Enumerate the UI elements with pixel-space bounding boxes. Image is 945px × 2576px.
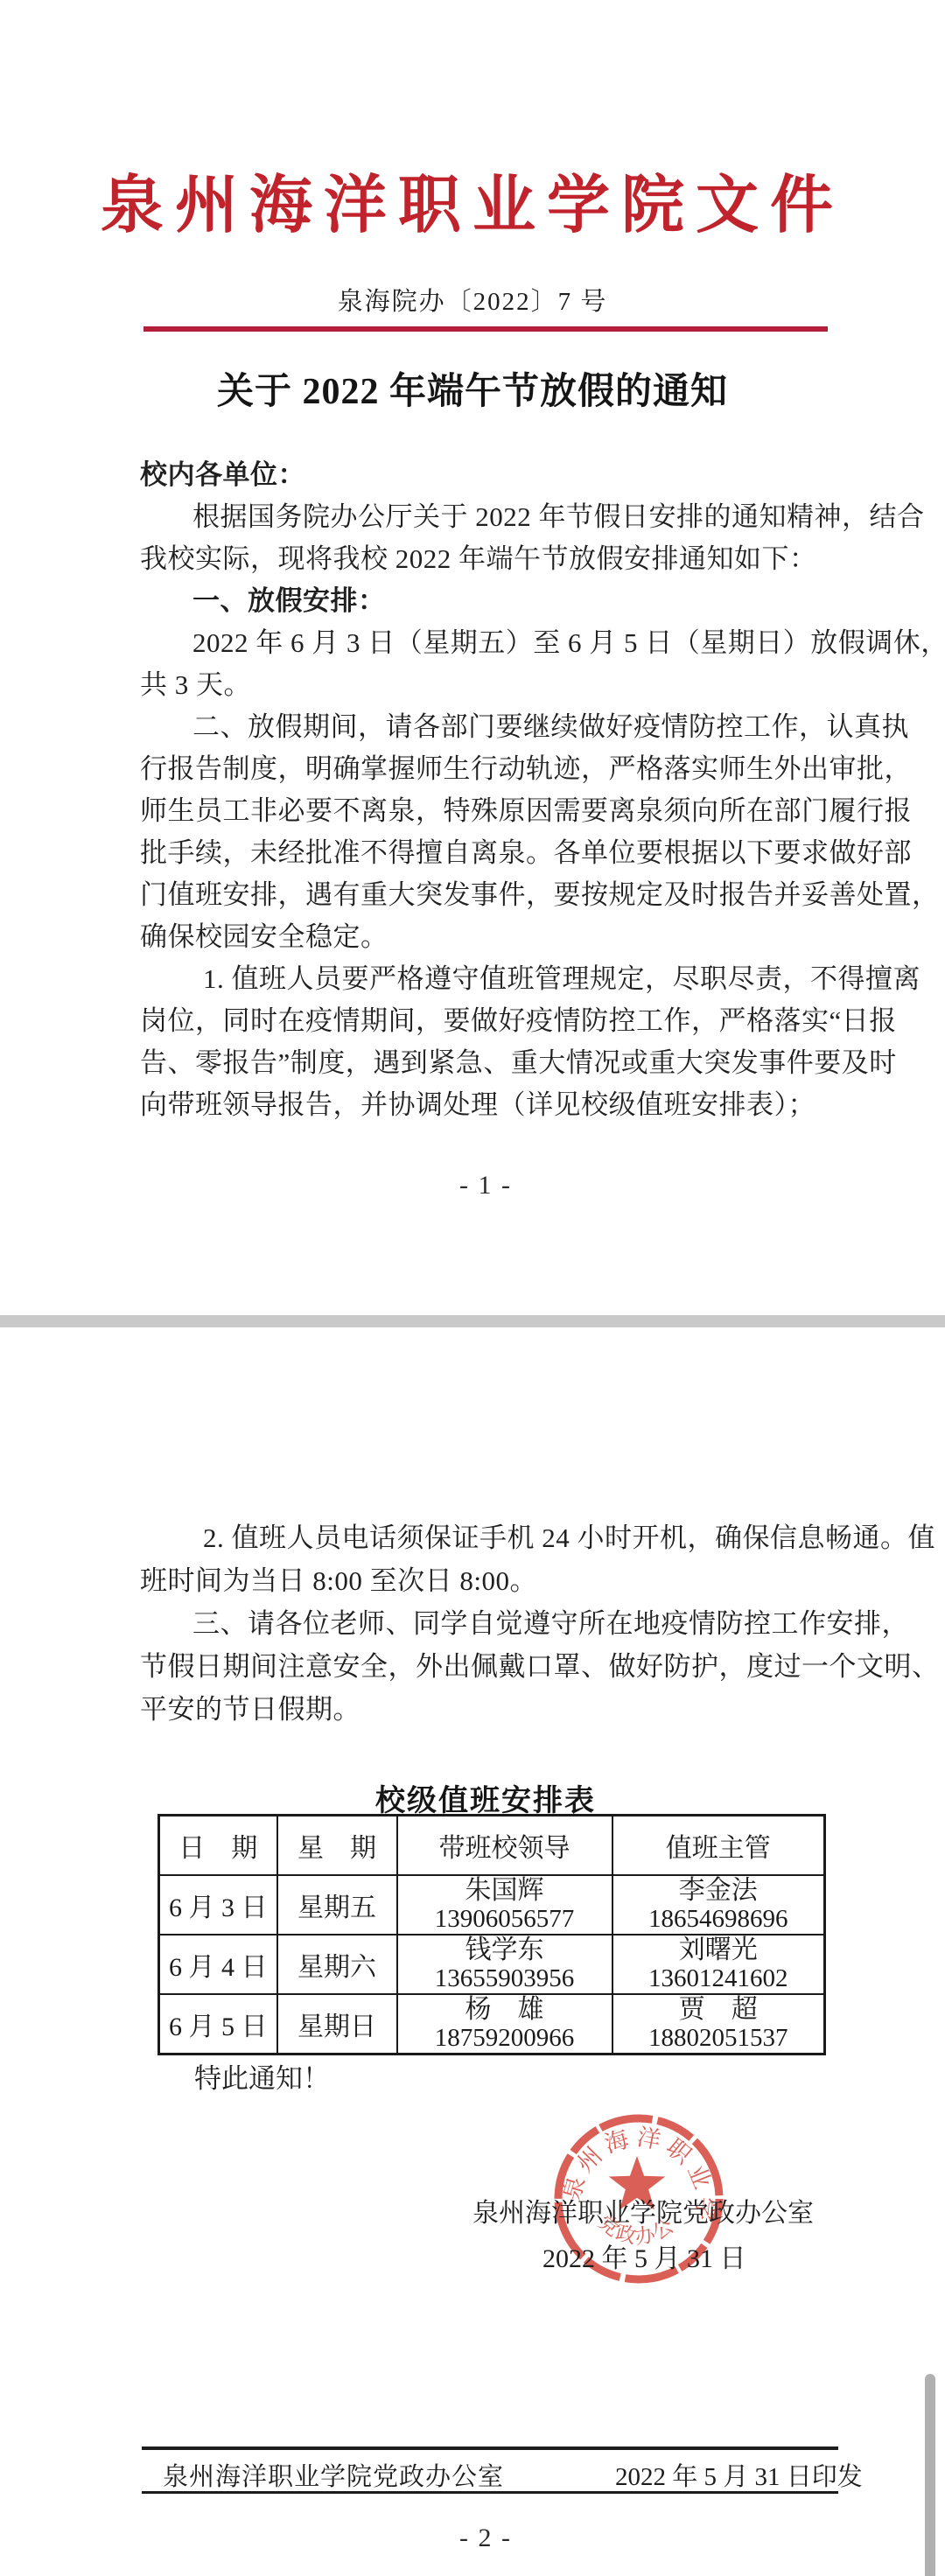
salutation: 校内各单位： [140, 454, 836, 496]
table-row: 6 月 3 日 星期五 朱国辉13906056577 李金法1865469869… [159, 1875, 825, 1935]
body-line: 班时间为当日 8:00 至次日 8:00。 [140, 1559, 836, 1602]
manager-phone: 18802051537 [613, 2024, 824, 2053]
body-line: 岗位，同时在疫情期间，要做好疫情防控工作，严格落实“日报 [140, 1000, 836, 1042]
leader-phone: 18759200966 [398, 2024, 612, 2053]
duty-schedule-table: 日 期 星 期 带班校领导 值班主管 6 月 3 日 星期五 朱国辉139060… [157, 1814, 826, 2055]
footer-issuing-office: 泉州海洋职业学院党政办公室 [163, 2457, 504, 2493]
cell-leader: 朱国辉13906056577 [397, 1875, 612, 1935]
page2-body: 2. 值班人员电话须保证手机 24 小时开机，确保信息畅通。值 班时间为当日 8… [140, 1516, 836, 1731]
manager-phone: 18654698696 [613, 1905, 824, 1934]
signature-date: 2022 年 5 月 31 日 [542, 2236, 739, 2275]
cell-manager: 贾 超18802051537 [612, 1994, 825, 2054]
cell-weekday: 星期日 [277, 1994, 397, 2054]
body-line: 节假日期间注意安全，外出佩戴口罩、做好防护，度过一个文明、 [140, 1645, 836, 1688]
page1-number: - 1 - [0, 1171, 945, 1200]
body-line: 平安的节日假期。 [140, 1688, 836, 1731]
scrollbar-thumb[interactable] [925, 2374, 935, 2576]
cell-date: 6 月 3 日 [159, 1875, 277, 1935]
body-line: 行报告制度，明确掌握师生行动轨迹，严格落实师生外出审批， [140, 748, 836, 790]
leader-name: 杨 雄 [398, 1995, 612, 2024]
manager-name: 刘曙光 [613, 1935, 824, 1964]
page1-body: 校内各单位： 根据国务院办公厅关于 2022 年节假日安排的通知精神，结合 我校… [140, 454, 836, 1126]
col-header-weekday: 星 期 [277, 1816, 397, 1875]
leader-phone: 13906056577 [398, 1905, 612, 1934]
signature-organization: 泉州海洋职业学院党政办公室 [472, 2191, 796, 2229]
col-header-leader: 带班校领导 [397, 1816, 612, 1875]
notice-title: 关于 2022 年端午节放假的通知 [0, 362, 945, 415]
page2-number: - 2 - [0, 2523, 945, 2553]
table-row: 6 月 4 日 星期六 钱学东13655903956 刘曙光1360124160… [159, 1935, 825, 1994]
body-line: 二、放假期间，请各部门要继续做好疫情防控工作，认真执 [140, 706, 836, 748]
cell-weekday: 星期六 [277, 1935, 397, 1994]
leader-name: 钱学东 [398, 1935, 612, 1964]
cell-manager: 刘曙光13601241602 [612, 1935, 825, 1994]
body-line: 我校实际，现将我校 2022 年端午节放假安排通知如下： [140, 538, 836, 580]
table-header-row: 日 期 星 期 带班校领导 值班主管 [159, 1816, 825, 1875]
manager-name: 贾 超 [613, 1995, 824, 2024]
manager-phone: 13601241602 [613, 1964, 824, 1993]
body-line: 共 3 天。 [140, 664, 836, 706]
body-line: 告、零报告”制度，遇到紧急、重大情况或重大突发事件要及时 [140, 1042, 836, 1084]
red-divider-rule [143, 326, 828, 332]
body-line: 确保校园安全稳定。 [140, 916, 836, 958]
body-line: 批手续，未经批准不得擅自离泉。各单位要根据以下要求做好部 [140, 832, 836, 874]
page-separator [0, 1315, 945, 1327]
footer-rule-top [142, 2446, 838, 2450]
body-line: 1. 值班人员要严格遵守值班管理规定，尽职尽责，不得擅离 [140, 958, 836, 1000]
section-heading: 一、放假安排： [140, 580, 836, 622]
body-line: 师生员工非必要不离泉，特殊原因需要离泉须向所在部门履行报 [140, 790, 836, 832]
duty-table-title: 校级值班安排表 [0, 1776, 945, 1819]
leader-name: 朱国辉 [398, 1876, 612, 1905]
cell-date: 6 月 5 日 [159, 1994, 277, 2054]
footer-rule-bottom [142, 2491, 838, 2494]
col-header-manager: 值班主管 [612, 1816, 825, 1875]
body-line: 门值班安排，遇有重大突发事件，要按规定及时报告并妥善处置， [140, 874, 836, 916]
body-line: 三、请各位老师、同学自觉遵守所在地疫情防控工作安排， [140, 1602, 836, 1645]
cell-date: 6 月 4 日 [159, 1935, 277, 1994]
col-header-date: 日 期 [159, 1816, 277, 1875]
cell-leader: 杨 雄18759200966 [397, 1994, 612, 2054]
manager-name: 李金法 [613, 1876, 824, 1905]
body-line: 向带班领导报告，并协调处理（详见校级值班安排表）； [140, 1084, 836, 1126]
org-document-title: 泉州海洋职业学院文件 [0, 154, 945, 245]
closing-statement: 特此通知！ [194, 2056, 330, 2096]
footer-print-date: 2022 年 5 月 31 日印发 [615, 2457, 834, 2493]
table-row: 6 月 5 日 星期日 杨 雄18759200966 贾 超1880205153… [159, 1994, 825, 2054]
cell-weekday: 星期五 [277, 1875, 397, 1935]
body-line: 2. 值班人员电话须保证手机 24 小时开机，确保信息畅通。值 [140, 1516, 836, 1559]
cell-manager: 李金法18654698696 [612, 1875, 825, 1935]
document-number: 泉海院办〔2022〕7 号 [0, 282, 945, 318]
leader-phone: 13655903956 [398, 1964, 612, 1993]
body-line: 根据国务院办公厅关于 2022 年节假日安排的通知精神，结合 [140, 496, 836, 538]
cell-leader: 钱学东13655903956 [397, 1935, 612, 1994]
body-line: 2022 年 6 月 3 日（星期五）至 6 月 5 日（星期日）放假调休， [140, 622, 836, 664]
